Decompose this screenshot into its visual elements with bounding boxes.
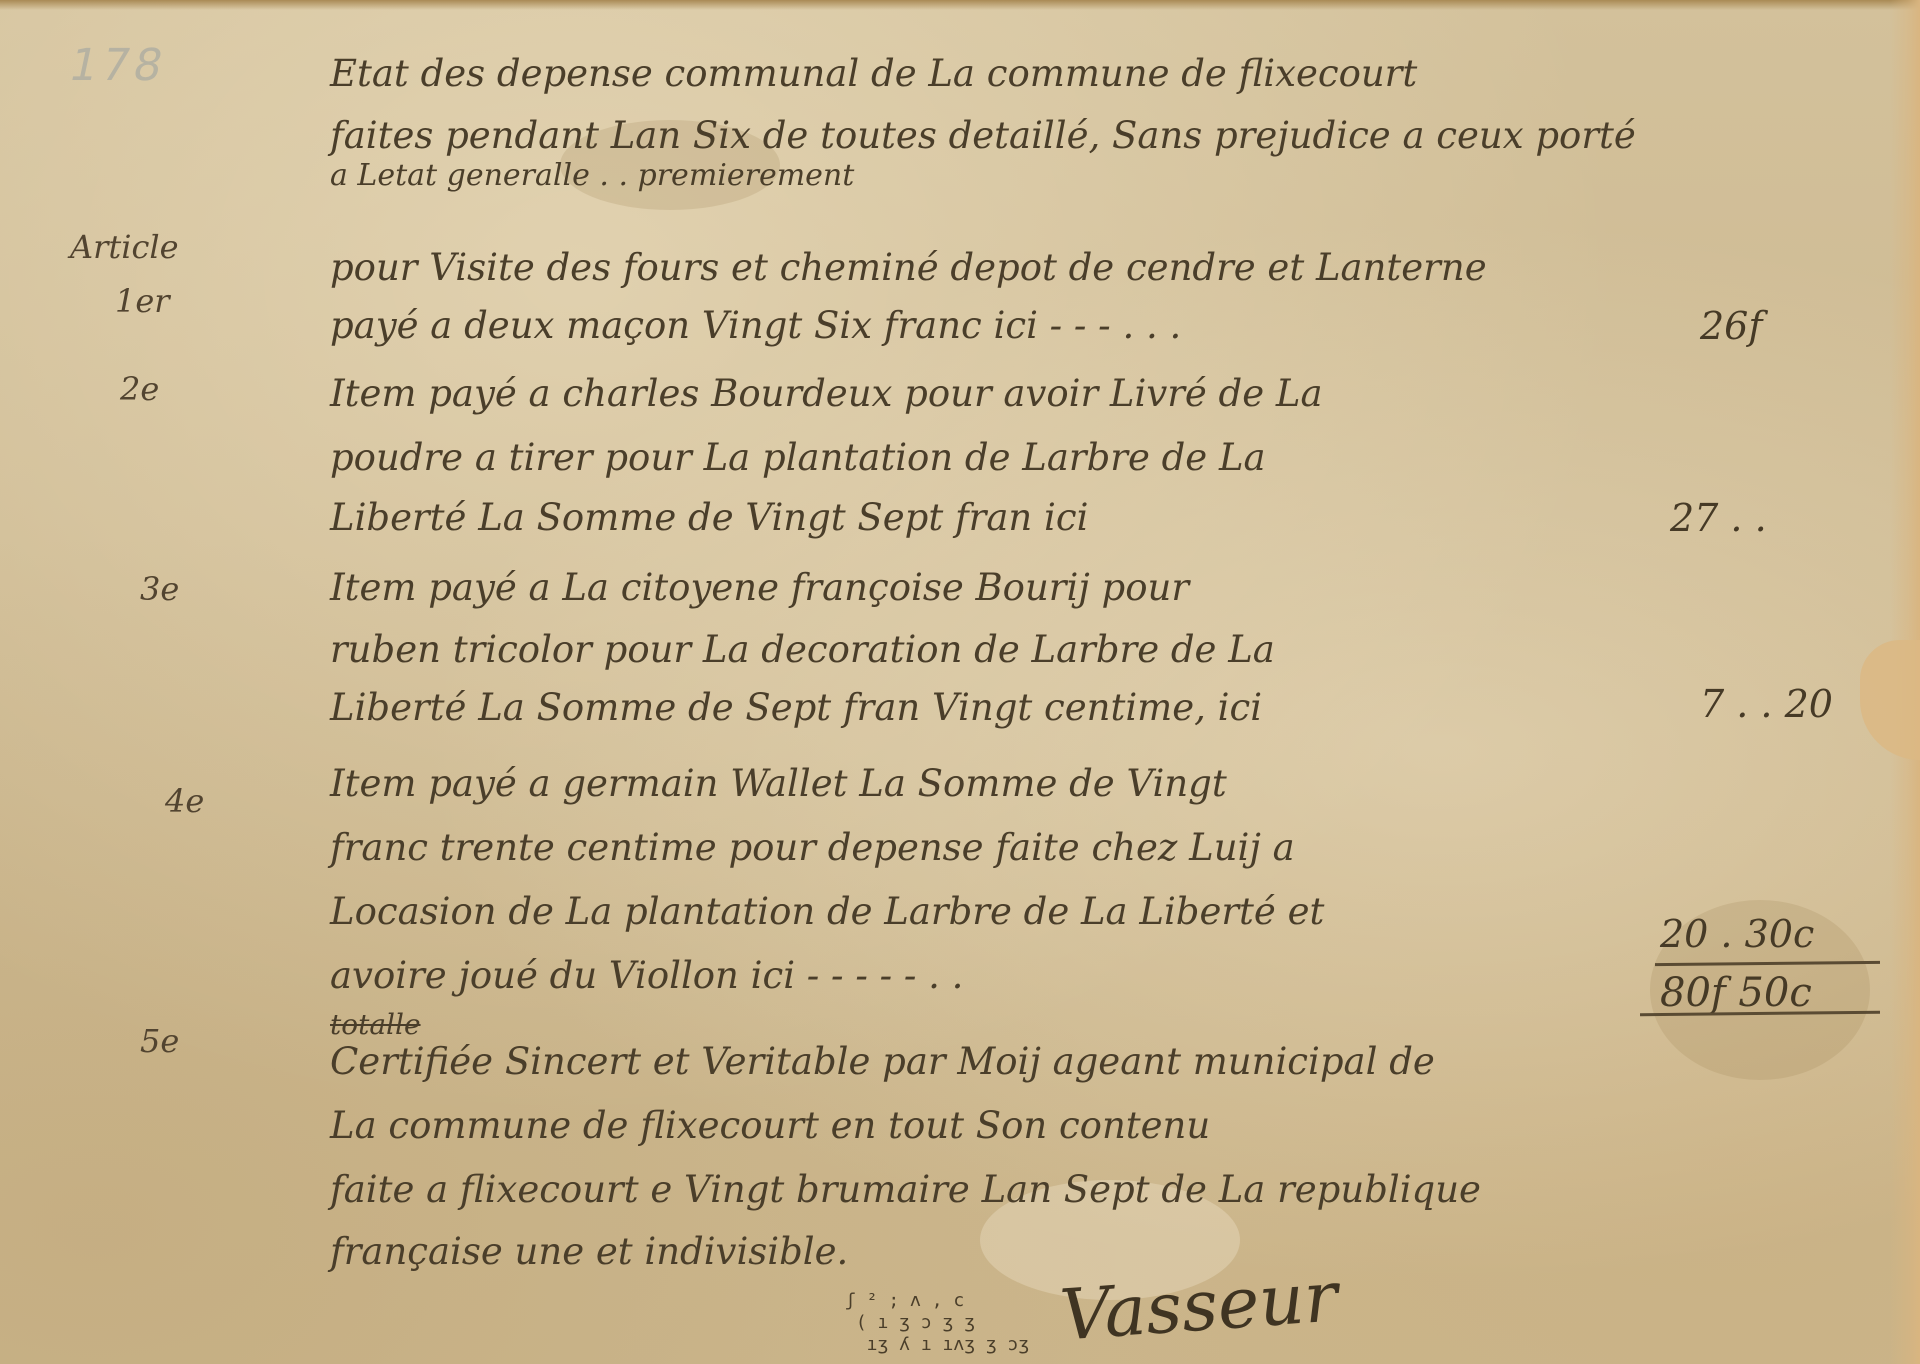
article-4-line-4: avoire joué du Viollon ici - - - - - . . [330, 954, 963, 997]
margin-heading: Article [70, 228, 179, 266]
article-4-line-2: franc trente centime pour depense faite … [330, 826, 1295, 869]
paper-top-edge [0, 0, 1920, 10]
article-1-line-2: payé a deux maçon Vingt Six franc ici - … [330, 304, 1181, 347]
total-amount: 80f 50c [1660, 970, 1812, 1016]
article-2-line-2: poudre a tirer pour La plantation de Lar… [330, 436, 1266, 479]
article-3-amount: 7 . . 20 [1700, 682, 1833, 726]
article-2-line-3: Liberté La Somme de Vingt Sept fran ici [330, 496, 1088, 539]
total-label: totalle [330, 1008, 421, 1041]
paper-tear [1860, 640, 1920, 760]
article-4-amount: 20 . 30c [1660, 912, 1814, 956]
article-number-1: 1er [115, 282, 170, 320]
article-1-line-1: pour Visite des fours et cheminé depot d… [330, 246, 1487, 289]
article-3-line-1: Item payé a La citoyene françoise Bourij… [330, 566, 1189, 609]
certification-line-1: Certifiée Sincert et Veritable par Moij … [330, 1040, 1435, 1083]
manuscript-page: 178 Etat des depense communal de La comm… [0, 0, 1920, 1364]
header-line-1: Etat des depense communal de La commune … [330, 52, 1417, 95]
article-number-4: 4e [165, 782, 204, 820]
certification-line-4: française une et indivisible. [330, 1230, 848, 1273]
article-1-amount: 26f [1700, 304, 1762, 348]
article-4-line-1: Item payé a germain Wallet La Somme de V… [330, 762, 1227, 805]
bottom-scribbles: ʃ ² ; ʌ , c ( ı ʒ ɔ ʒ ʒ ıʒ ʎ ı ıʌʒ ʒ ɔʒ [845, 1290, 1029, 1356]
header-line-3: a Letat generalle . . premierement [330, 158, 854, 193]
article-2-line-1: Item payé a charles Bourdeux pour avoir … [330, 372, 1323, 415]
pencil-note: 178 [65, 40, 172, 91]
article-number-2: 2e [120, 370, 159, 408]
certification-line-2: La commune de flixecourt en tout Son con… [330, 1104, 1210, 1147]
article-2-amount: 27 . . [1670, 496, 1767, 540]
certification-line-3: faite a flixecourt e Vingt brumaire Lan … [330, 1168, 1481, 1211]
article-number-3: 3e [140, 570, 179, 608]
article-number-5: 5e [140, 1022, 179, 1060]
article-4-line-3: Locasion de La plantation de Larbre de L… [330, 890, 1324, 933]
article-3-line-2: ruben tricolor pour La decoration de Lar… [330, 628, 1275, 671]
article-3-line-3: Liberté La Somme de Sept fran Vingt cent… [330, 686, 1262, 729]
header-line-2: faites pendant Lan Six de toutes detaill… [330, 114, 1636, 157]
